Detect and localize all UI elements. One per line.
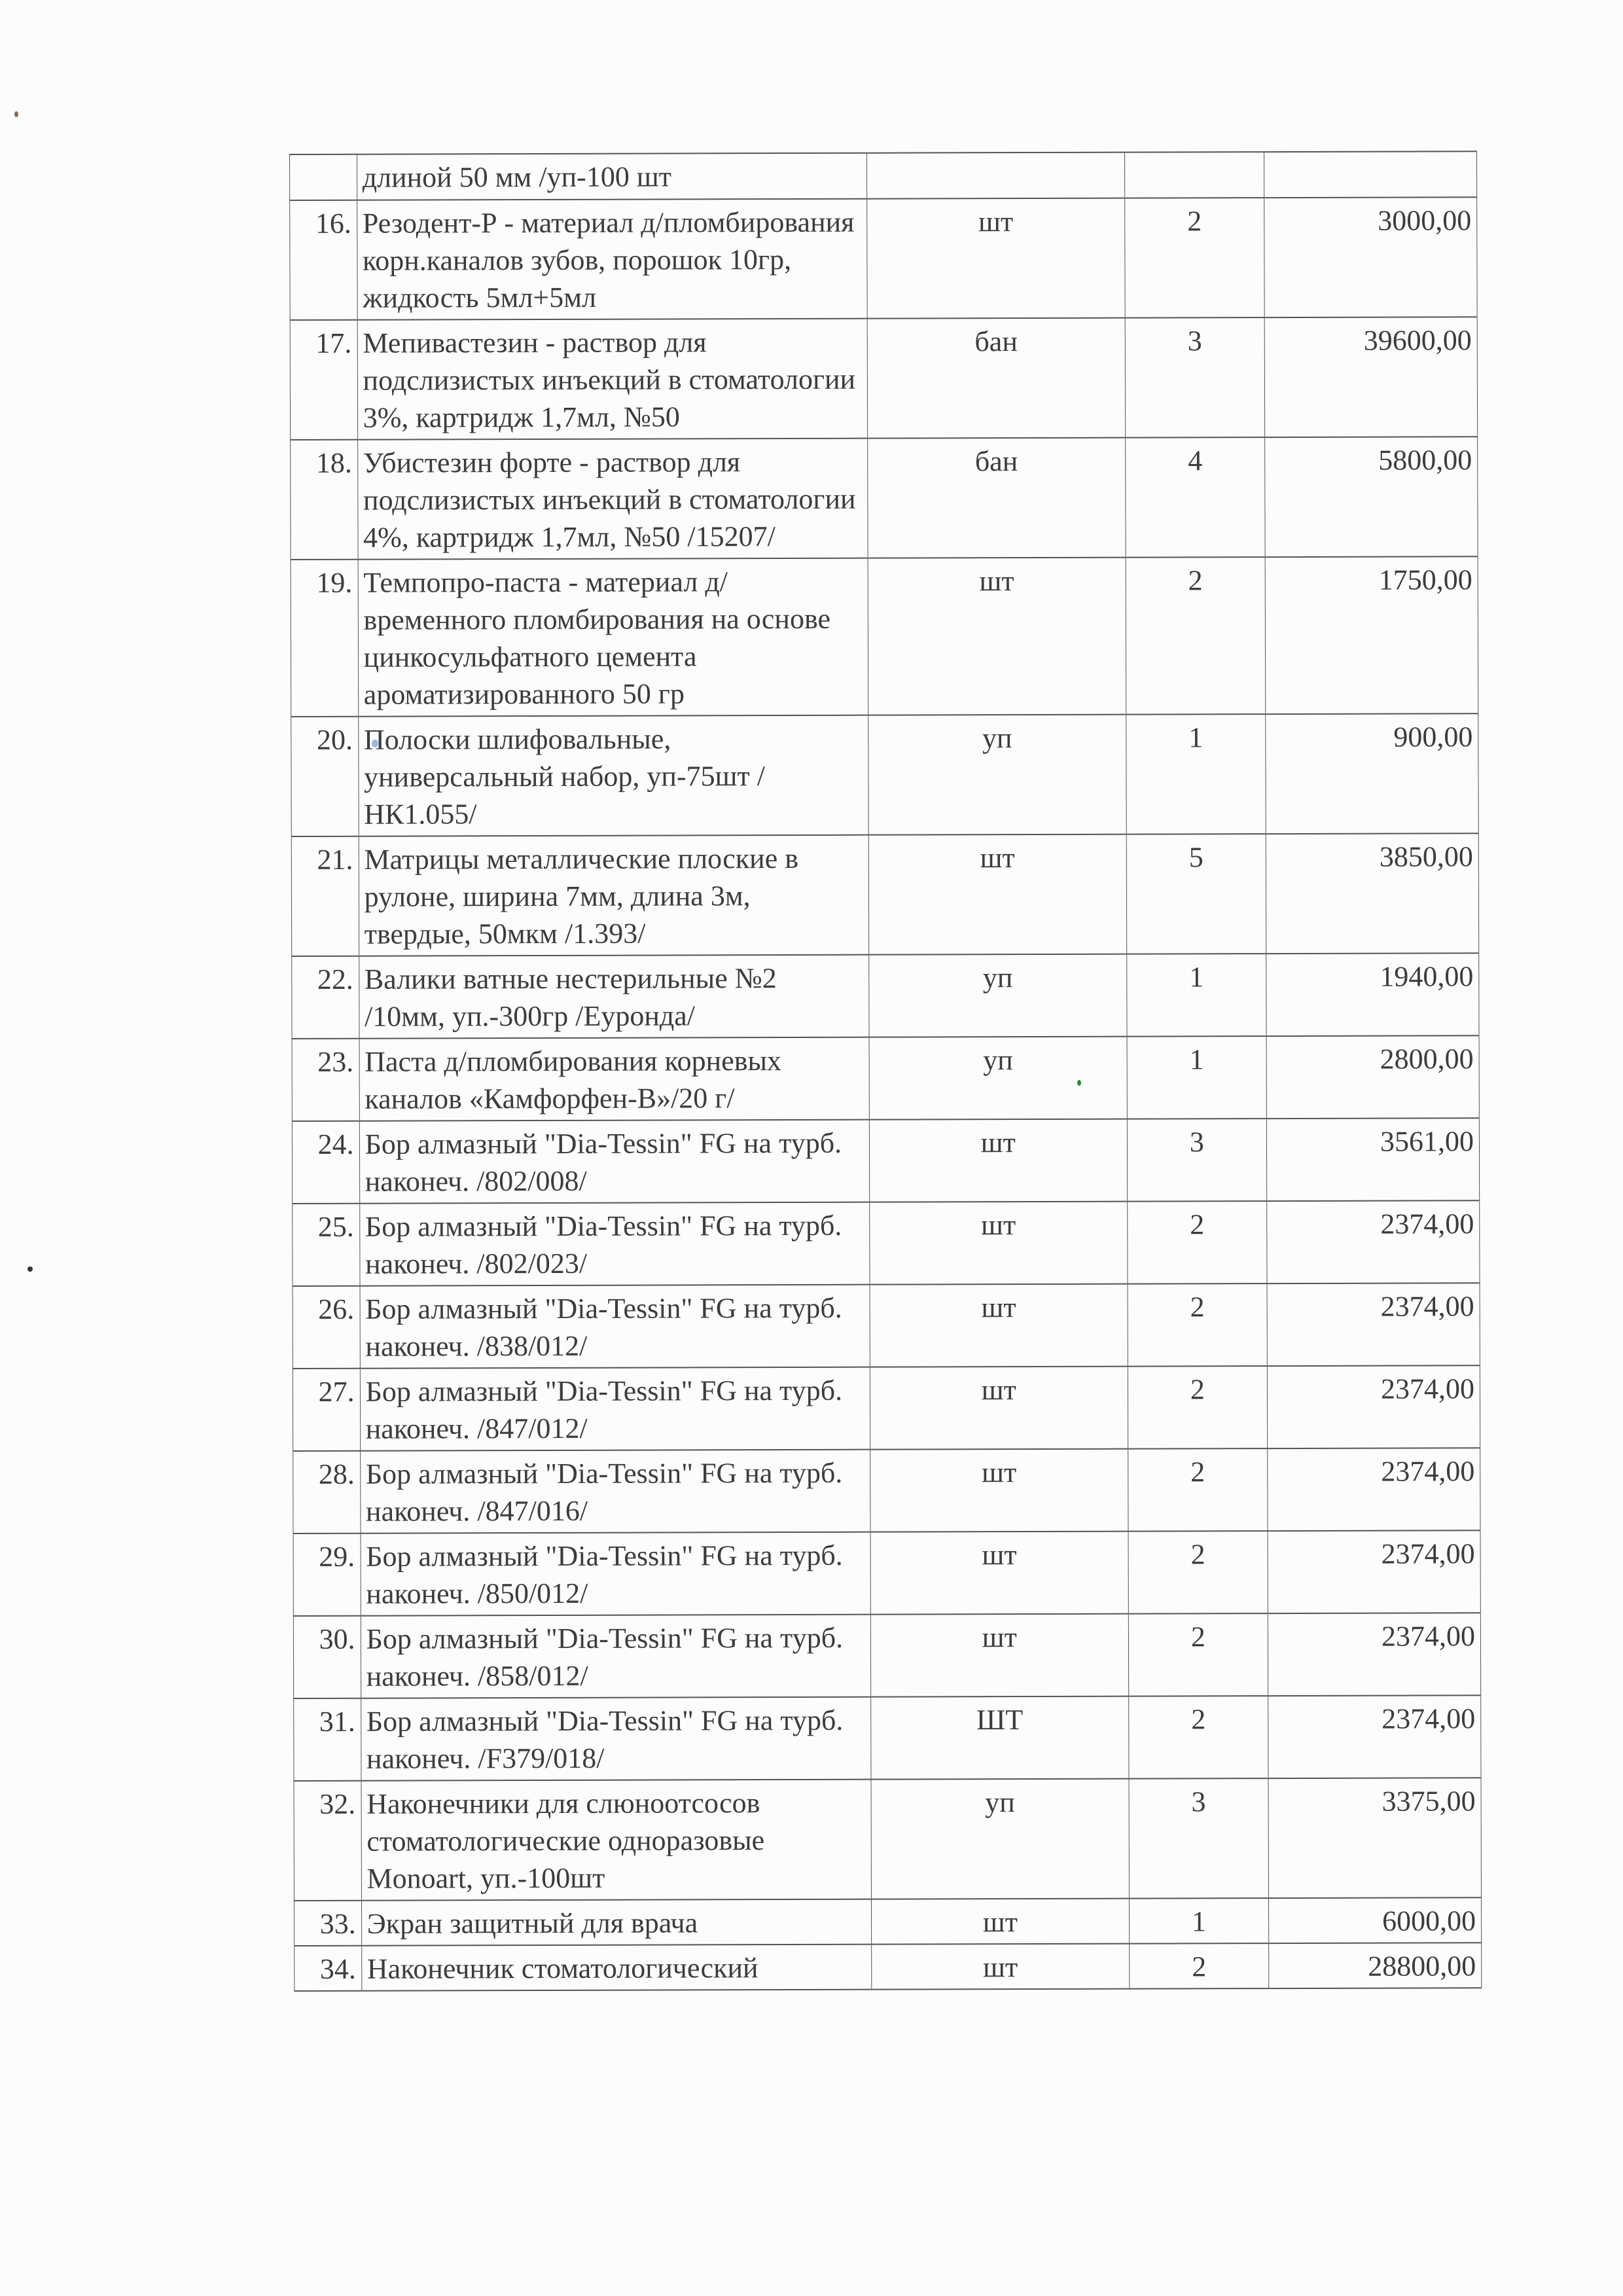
cell-price: 3850,00	[1266, 833, 1478, 954]
cell-unit	[867, 152, 1125, 199]
scan-speck	[1077, 1080, 1081, 1086]
cell-qty: 2	[1128, 1613, 1268, 1696]
table-row: 19.Темпопро-паста - материал д/временног…	[291, 556, 1478, 717]
cell-price: 2374,00	[1268, 1695, 1481, 1778]
cell-price: 2800,00	[1266, 1035, 1479, 1119]
cell-num: 16.	[290, 200, 357, 320]
cell-qty: 2	[1128, 1696, 1268, 1779]
items-table: длиной 50 мм /уп-100 шт 16.Резодент-Р - …	[289, 151, 1482, 1992]
cell-qty: 3	[1129, 1778, 1269, 1899]
cell-num	[290, 154, 357, 200]
table-row: 22.Валики ватные нестерильные №2 /10мм, …	[292, 953, 1479, 1039]
cell-name: Экран защитный для врача	[361, 1899, 872, 1946]
table-row: 28.Бор алмазный "Dia-Tessin" FG на турб.…	[293, 1448, 1480, 1534]
cell-unit: шт	[870, 1449, 1128, 1532]
cell-num: 31.	[294, 1698, 361, 1781]
cell-price: 2374,00	[1268, 1448, 1480, 1531]
cell-price: 2374,00	[1268, 1365, 1480, 1448]
cell-name: Бор алмазный "Dia-Tessin" FG на турб. на…	[361, 1697, 871, 1781]
cell-name: Мепивастезин - раствор для подслизистых …	[357, 319, 868, 440]
cell-price: 2374,00	[1267, 1200, 1480, 1283]
cell-qty: 3	[1125, 317, 1265, 438]
cell-num: 21.	[291, 836, 359, 956]
cell-name: Бор алмазный "Dia-Tessin" FG на турб. на…	[359, 1120, 870, 1204]
cell-unit: шт	[870, 1284, 1128, 1367]
scan-speck	[372, 740, 378, 747]
cell-unit: шт	[870, 1202, 1128, 1285]
table-row: 20.Полоски шлифовальные, универсальный н…	[291, 713, 1478, 836]
table-row: 31.Бор алмазный "Dia-Tessin" FG на турб.…	[294, 1695, 1481, 1781]
cell-unit: бан	[867, 318, 1125, 439]
cell-price: 5800,00	[1265, 437, 1478, 557]
cell-num: 32.	[294, 1781, 361, 1901]
cell-unit: бан	[868, 438, 1126, 558]
cell-name: Резодент-Р - материал д/пломбирования ко…	[357, 199, 867, 320]
cell-num: 20.	[291, 717, 359, 836]
cell-num: 26.	[293, 1286, 360, 1369]
cell-name: длиной 50 мм /уп-100 шт	[357, 153, 867, 200]
table-row-continuation: длиной 50 мм /уп-100 шт	[290, 151, 1477, 200]
cell-name: Паста д/пломбирования корневых каналов «…	[359, 1037, 870, 1121]
cell-qty: 2	[1128, 1531, 1268, 1614]
cell-unit: уп	[868, 715, 1126, 835]
cell-name: Темпопро-паста - материал д/временного п…	[358, 558, 868, 717]
cell-unit: уп	[869, 954, 1127, 1037]
cell-price: 2374,00	[1268, 1530, 1480, 1613]
cell-unit: уп	[871, 1779, 1129, 1899]
cell-price: 3375,00	[1268, 1778, 1481, 1898]
cell-num: 33.	[294, 1901, 361, 1946]
scanned-page: длиной 50 мм /уп-100 шт 16.Резодент-Р - …	[0, 0, 1623, 2296]
table-row: 16.Резодент-Р - материал д/пломбирования…	[290, 197, 1477, 320]
table-row: 27.Бор алмазный "Dia-Tessin" FG на турб.…	[293, 1365, 1480, 1451]
cell-qty	[1124, 152, 1264, 198]
cell-unit: ШТ	[871, 1696, 1129, 1780]
cell-num: 17.	[290, 320, 357, 440]
cell-qty: 1	[1127, 1036, 1267, 1119]
scan-speck	[14, 111, 18, 117]
cell-price: 1750,00	[1265, 556, 1478, 714]
cell-unit: шт	[867, 198, 1125, 319]
cell-unit: шт	[872, 1944, 1130, 1990]
cell-unit: уп	[869, 1037, 1127, 1120]
cell-price: 1940,00	[1266, 953, 1479, 1036]
cell-name: Наконечник стоматологический	[361, 1945, 872, 1991]
cell-num: 30.	[293, 1616, 361, 1698]
cell-price: 6000,00	[1269, 1897, 1482, 1943]
cell-name: Бор алмазный "Dia-Tessin" FG на турб. на…	[359, 1202, 870, 1286]
cell-qty: 5	[1126, 834, 1266, 954]
cell-unit: шт	[868, 834, 1126, 955]
cell-price: 2374,00	[1268, 1613, 1481, 1696]
table-row: 24.Бор алмазный "Dia-Tessin" FG на турб.…	[292, 1118, 1479, 1204]
cell-name: Бор алмазный "Dia-Tessin" FG на турб. на…	[361, 1532, 871, 1616]
table-row: 25.Бор алмазный "Dia-Tessin" FG на турб.…	[293, 1200, 1480, 1286]
cell-qty: 2	[1126, 557, 1266, 715]
cell-unit: шт	[869, 1119, 1127, 1202]
cell-num: 34.	[294, 1946, 362, 1991]
cell-name: Бор алмазный "Dia-Tessin" FG на турб. на…	[361, 1615, 871, 1698]
table-row: 33.Экран защитный для врачашт16000,00	[294, 1897, 1481, 1946]
cell-num: 18.	[291, 440, 358, 560]
cell-name: Матрицы металлические плоские в рулоне, …	[359, 835, 869, 956]
cell-num: 25.	[293, 1204, 360, 1286]
cell-price: 39600,00	[1264, 317, 1477, 437]
table-row: 18.Убистезин форте - раствор для подслиз…	[291, 437, 1478, 560]
table-row: 21.Матрицы металлические плоские в рулон…	[291, 833, 1478, 956]
cell-unit: шт	[870, 1614, 1128, 1697]
cell-num: 27.	[293, 1369, 360, 1451]
cell-qty: 2	[1128, 1283, 1268, 1367]
table-row: 26.Бор алмазный "Dia-Tessin" FG на турб.…	[293, 1283, 1480, 1369]
cell-qty: 2	[1124, 198, 1264, 318]
cell-num: 22.	[292, 956, 359, 1039]
cell-name: Бор алмазный "Dia-Tessin" FG на турб. на…	[360, 1450, 870, 1534]
cell-qty: 1	[1126, 714, 1266, 834]
items-table-body: длиной 50 мм /уп-100 шт 16.Резодент-Р - …	[290, 151, 1482, 1991]
cell-qty: 2	[1129, 1943, 1269, 1989]
table-row: 29.Бор алмазный "Dia-Tessin" FG на турб.…	[293, 1530, 1480, 1616]
cell-name: Полоски шлифовальные, универсальный набо…	[358, 715, 868, 836]
cell-unit: шт	[870, 1532, 1128, 1615]
cell-name: Наконечники для слюноотсосов стоматологи…	[361, 1780, 872, 1901]
cell-price: 900,00	[1266, 713, 1478, 834]
cell-name: Убистезин форте - раствор для подслизист…	[357, 439, 868, 560]
cell-unit: шт	[870, 1367, 1128, 1450]
table-row: 23.Паста д/пломбирования корневых канало…	[292, 1035, 1479, 1121]
cell-price	[1264, 151, 1477, 198]
cell-unit: шт	[872, 1899, 1130, 1945]
table-row: 30.Бор алмазный "Dia-Tessin" FG на турб.…	[293, 1613, 1480, 1698]
cell-num: 24.	[292, 1121, 359, 1204]
cell-qty: 1	[1126, 954, 1266, 1037]
cell-name: Бор алмазный "Dia-Tessin" FG на турб. на…	[360, 1367, 870, 1451]
cell-price: 28800,00	[1269, 1943, 1482, 1988]
cell-num: 28.	[293, 1451, 361, 1534]
cell-qty: 3	[1127, 1119, 1267, 1202]
table-row: 34.Наконечник стоматологическийшт228800,…	[294, 1943, 1482, 1991]
cell-qty: 4	[1125, 437, 1265, 558]
cell-num: 19.	[291, 560, 358, 717]
table-row: 32.Наконечники для слюноотсосов стоматол…	[294, 1778, 1481, 1901]
cell-qty: 2	[1128, 1366, 1268, 1449]
cell-price: 3000,00	[1264, 197, 1477, 317]
cell-price: 3561,00	[1267, 1118, 1480, 1201]
cell-num: 29.	[293, 1534, 361, 1616]
table-row: 17.Мепивастезин - раствор для подслизист…	[290, 317, 1477, 440]
cell-qty: 2	[1127, 1201, 1267, 1284]
cell-num: 23.	[292, 1039, 359, 1121]
cell-qty: 1	[1129, 1898, 1269, 1944]
scan-speck	[27, 1266, 33, 1272]
cell-price: 2374,00	[1267, 1283, 1480, 1366]
cell-qty: 2	[1128, 1448, 1268, 1532]
cell-name: Валики ватные нестерильные №2 /10мм, уп.…	[359, 955, 869, 1039]
cell-unit: шт	[868, 558, 1126, 715]
cell-name: Бор алмазный "Dia-Tessin" FG на турб. на…	[360, 1285, 870, 1369]
